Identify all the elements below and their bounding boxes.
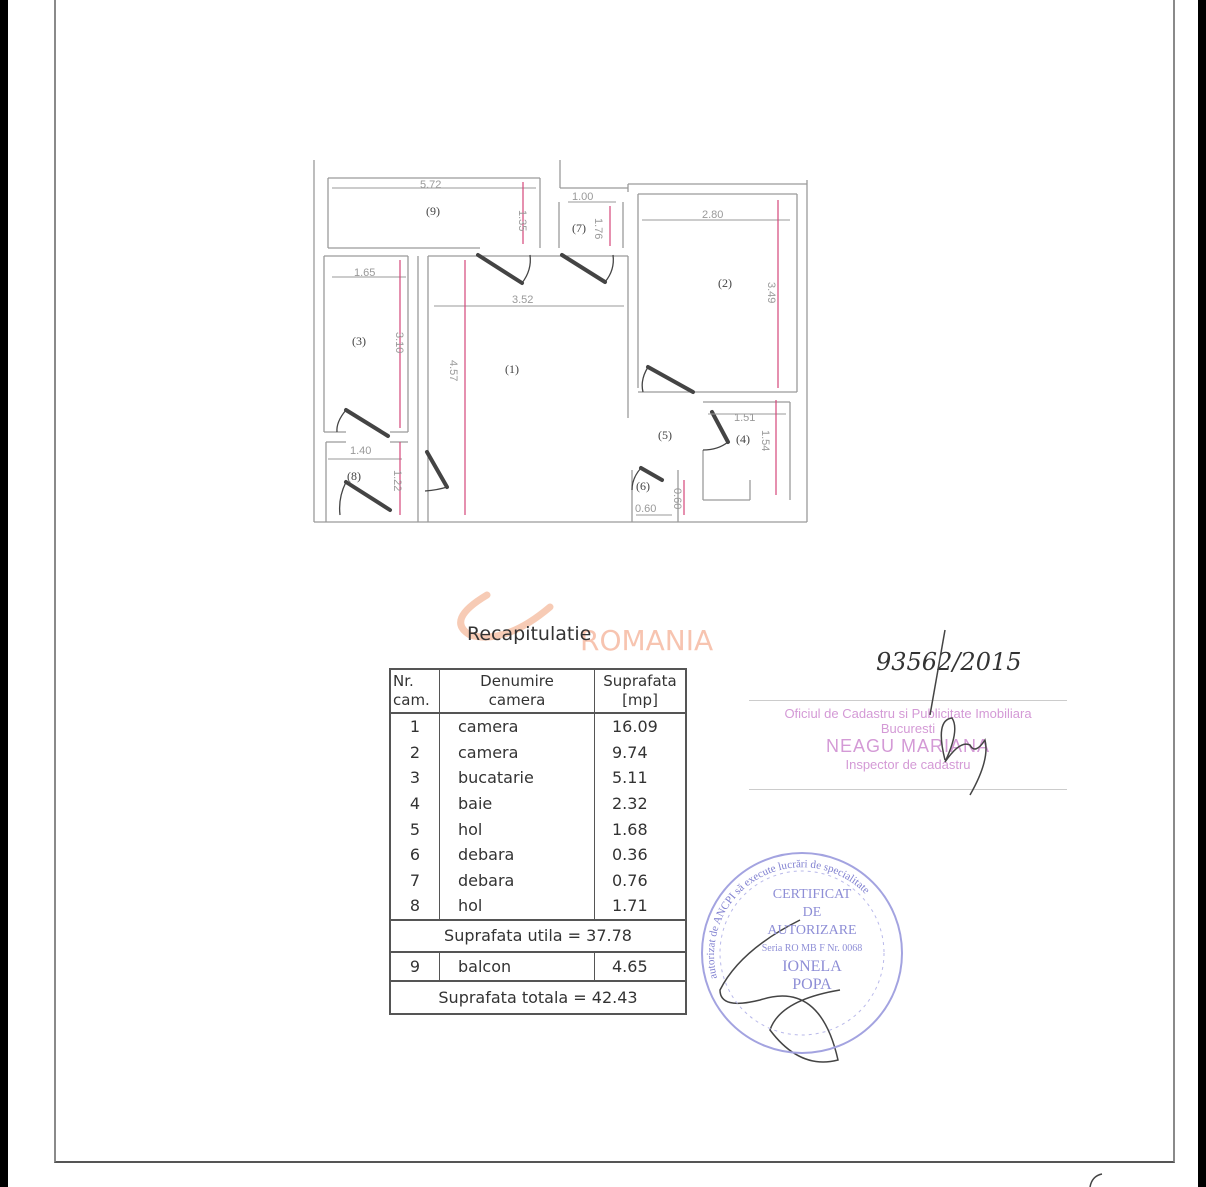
svg-text:5.72: 5.72 [420, 179, 441, 191]
svg-text:3.49: 3.49 [765, 282, 777, 303]
svg-text:2.80: 2.80 [702, 209, 723, 221]
svg-text:1.40: 1.40 [350, 445, 371, 457]
svg-text:(2): (2) [718, 276, 732, 290]
watermark-text: ROMANIA [580, 624, 713, 657]
svg-text:1.35: 1.35 [516, 210, 528, 231]
svg-text:4.57: 4.57 [447, 360, 459, 381]
stamp-office: Oficiul de Cadastru si Publicitate Imobi… [749, 706, 1067, 721]
svg-text:(4): (4) [736, 432, 750, 446]
stamp-bottom-line [749, 789, 1067, 790]
room-area-table: Nr.cam. Denumirecamera Suprafata[mp] 1ca… [389, 668, 687, 1015]
svg-text:0.60: 0.60 [635, 503, 656, 515]
svg-text:(7): (7) [572, 221, 586, 235]
table-row: 2camera9.74 [390, 740, 686, 766]
table-row: 1camera16.09 [390, 713, 686, 740]
svg-text:(5): (5) [658, 428, 672, 442]
stamp-top-line [749, 700, 1067, 701]
svg-text:(1): (1) [505, 362, 519, 376]
svg-text:1.54: 1.54 [759, 430, 771, 451]
svg-text:(6): (6) [636, 479, 650, 493]
stamp-inspector-title: Inspector de cadastru [749, 757, 1067, 772]
table-row: 6debara0.36 [390, 842, 686, 868]
registration-number: 93562/2015 [876, 648, 1022, 676]
table-row: 3bucatarie5.11 [390, 765, 686, 791]
svg-text:1.00: 1.00 [572, 191, 593, 203]
svg-text:1.51: 1.51 [734, 412, 755, 424]
table-row: 8hol1.71 [390, 893, 686, 920]
stamp-city: Bucuresti [749, 721, 1067, 736]
svg-text:(9): (9) [426, 204, 440, 218]
useful-area-row: Suprafata utila = 37.78 [390, 920, 686, 952]
svg-text:(3): (3) [352, 334, 366, 348]
svg-text:(8): (8) [347, 469, 361, 483]
header-name: Denumirecamera [440, 669, 595, 713]
header-nr: Nr.cam. [390, 669, 440, 713]
svg-text:1.22: 1.22 [391, 470, 403, 491]
table-row: 4baie2.32 [390, 791, 686, 817]
ocpi-stamp: Oficiul de Cadastru si Publicitate Imobi… [749, 700, 1067, 790]
total-area-row: Suprafata totala = 42.43 [390, 981, 686, 1014]
svg-text:1.76: 1.76 [592, 218, 604, 239]
svg-text:1.65: 1.65 [354, 267, 375, 279]
recap-title: Recapitulatie [467, 623, 591, 645]
table-row: 7debara0.76 [390, 868, 686, 894]
svg-text:0.60: 0.60 [671, 488, 683, 509]
stamp-inspector-name: NEAGU MARIANA [749, 736, 1067, 757]
table-row: 5hol1.68 [390, 816, 686, 842]
authorization-stamp: autorizat de ANCPI să execute lucrări de… [697, 848, 907, 1058]
svg-text:3.10: 3.10 [393, 332, 405, 353]
stamp-inner-text: CERTIFICAT DE AUTORIZARE Seria RO MB F N… [747, 886, 877, 994]
svg-text:3.52: 3.52 [512, 294, 533, 306]
floor-plan-drawing: 5.72 1.00 2.80 1.65 3.52 1.40 1.51 0.60 … [310, 160, 810, 525]
table-row-balcony: 9balcon4.65 [390, 952, 686, 981]
floor-plan: 5.72 1.00 2.80 1.65 3.52 1.40 1.51 0.60 … [310, 160, 810, 525]
header-area: Suprafata[mp] [595, 669, 687, 713]
